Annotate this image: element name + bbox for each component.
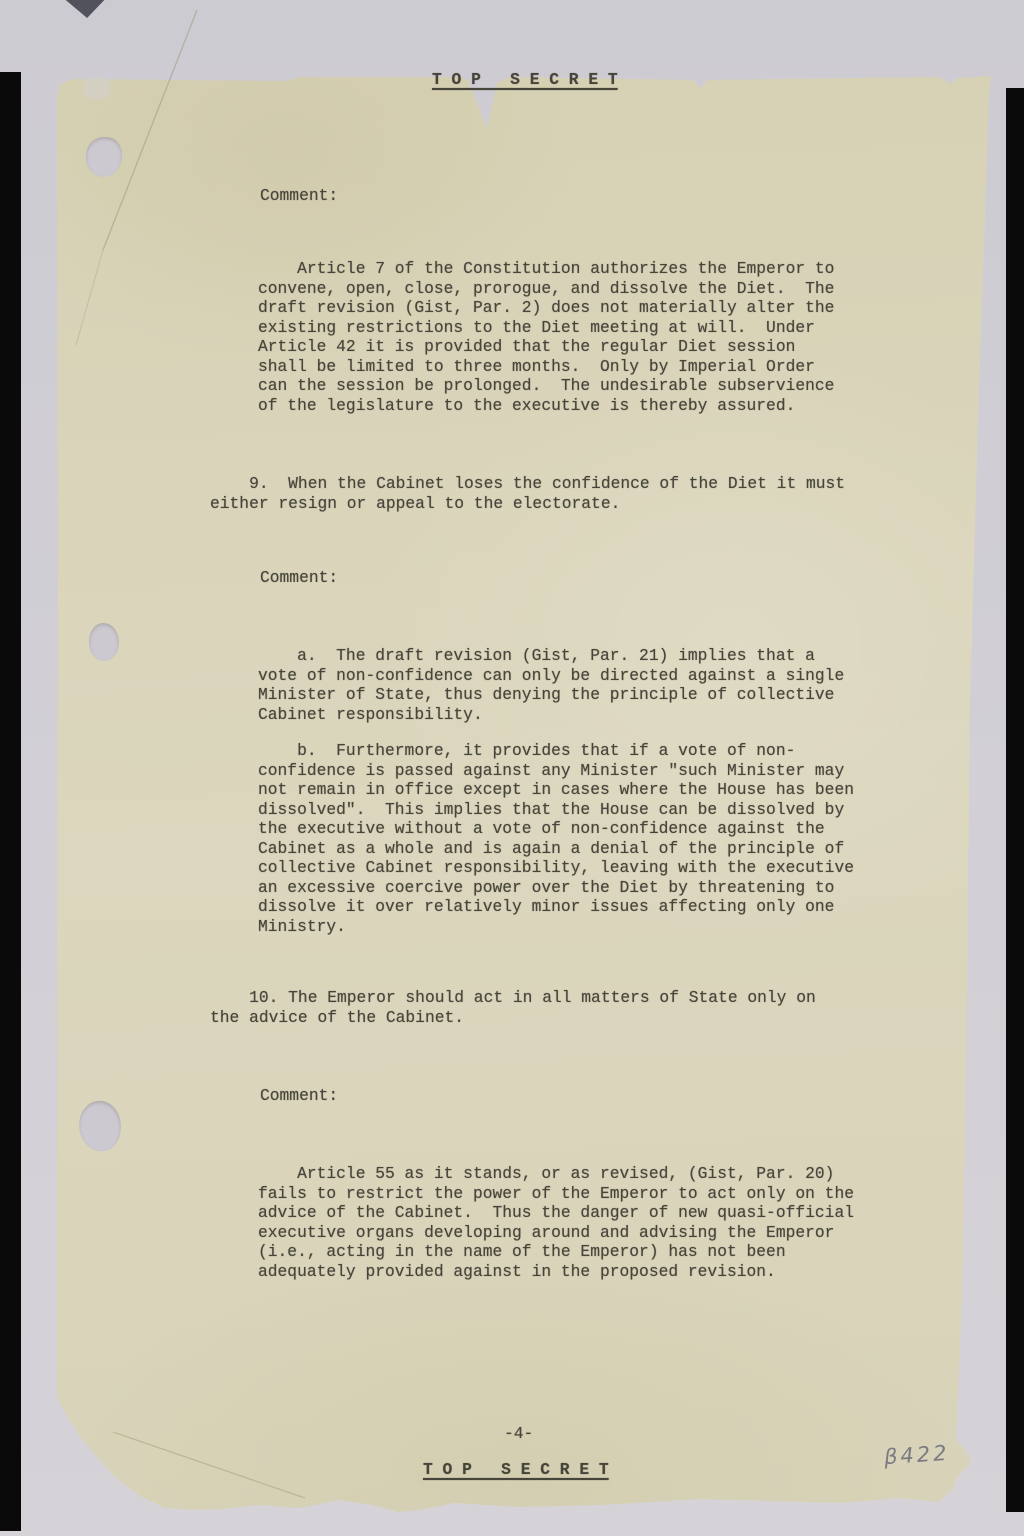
comment-label-2: Comment: [260,568,338,588]
classification-footer: T O P S E C R E T [423,1460,609,1480]
scanned-document-page: T O P S E C R E T Comment: Article 7 of … [0,0,1024,1536]
scan-edge-right [1006,88,1024,1512]
numbered-item-10: 10. The Emperor should act in all matter… [210,988,816,1027]
paper-abrasion [83,76,111,100]
comment-label-1: Comment: [260,186,338,206]
comment-paragraph-b: b. Furthermore, it provides that if a vo… [258,741,854,936]
classification-header: T O P S E C R E T [432,70,618,90]
comment-label-3: Comment: [260,1086,338,1106]
corner-fragment [64,0,106,18]
scan-edge-left [0,72,21,1531]
punch-hole-middle [89,623,119,661]
handwritten-mark: β422 [883,1441,950,1470]
numbered-item-9: 9. When the Cabinet loses the confidence… [210,474,845,513]
paragraph-article-7: Article 7 of the Constitution authorizes… [258,259,834,415]
comment-paragraph-a: a. The draft revision (Gist, Par. 21) im… [258,646,844,724]
paragraph-article-55: Article 55 as it stands, or as revised, … [258,1164,854,1281]
page-number: -4- [504,1424,533,1444]
